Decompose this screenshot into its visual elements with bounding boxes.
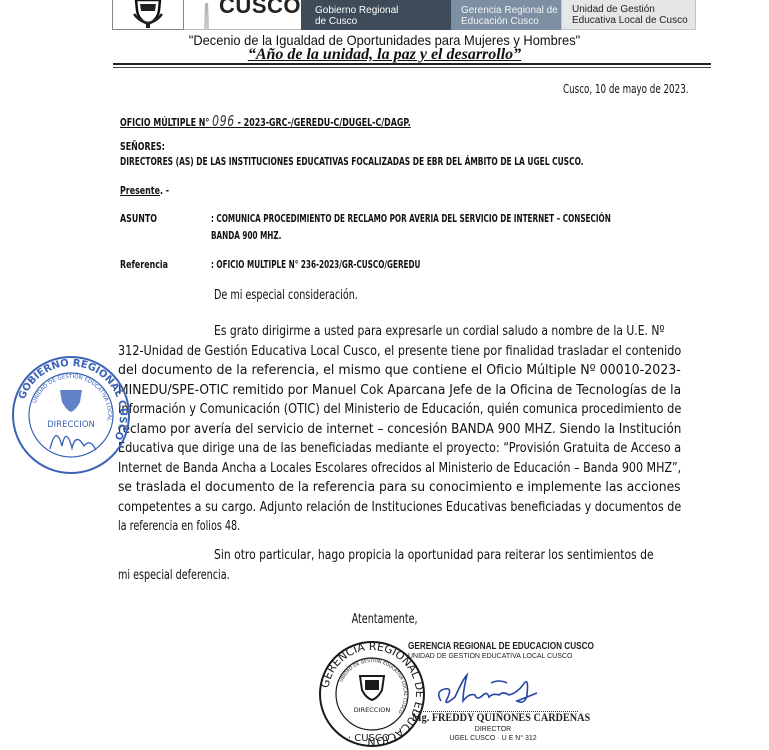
paragraph-line: Es grato dirigirme a usted para expresar… [214,322,681,342]
signer-role: DIRECTOR [408,726,578,733]
direccion-stamp-left: GOBIERNO REGIONAL CUSCO UNIDAD DE GESTIÓ… [10,354,132,476]
cusco-wordmark: CUSCO [219,0,301,17]
gobierno-regional-block: Gobierno Regional de Cusco [301,0,451,30]
paragraph-line: MINEDU/SPE-OTIC remitido por Manuel Cok … [118,381,681,401]
header-divider-thin [113,67,711,68]
monument-icon [204,3,209,29]
signature-block: GERENCIA REGIONAL DE EDUCACION CUSCO UNI… [408,641,578,660]
signature-unit: UNIDAD DE GESTION EDUCATIVA LOCAL CUSCO [408,653,578,660]
ugel-block: Unidad de Gestión Educativa Local de Cus… [561,0,696,30]
paragraph-line: reclamo por avería del servicio de inter… [118,420,681,440]
svg-text:DIRECCION: DIRECCION [354,706,391,714]
paragraph-line: Internet de Banda Ancha a Locales Escola… [118,459,681,479]
signature-institution: GERENCIA REGIONAL DE EDUCACION CUSCO [408,641,547,652]
cusco-region-logo: CUSCO [184,0,301,30]
paragraph-line: del documento de la referencia, el mismo… [118,361,681,381]
paragraph-line: Sin otro particular, hago propicia la op… [214,546,681,566]
body-paragraph-1: Es grato dirigirme a usted para expresar… [118,322,681,537]
signer-name: Mg. FREDDY QUIÑONES CARDENAS [412,710,590,725]
referencia-value: : OFICIO MULTIPLE N° 236-2023/GR-CUSCO/G… [211,258,420,271]
signer-unit: UGEL CUSCO · U E N° 312 [408,735,578,742]
paragraph-line: Información y Comunicación (OTIC) del Mi… [118,400,681,420]
year-slogan: “Año de la unidad, la paz y el desarroll… [0,46,769,64]
paragraph-line: se traslada el documento de la referenci… [118,478,681,498]
peru-coat-of-arms [112,0,184,30]
paragraph-line: 312-Unidad de Gestión Educativa Local Cu… [118,342,681,362]
closing: Atentamente, [0,612,769,627]
svg-text:· CUSCO ·: · CUSCO · [348,733,396,744]
oficio-reference: OFICIO MÚLTIPLE N° 096 - 2023-GRC-/GERED… [120,112,411,130]
presente-label: Presente. - [120,184,169,197]
document-date: Cusco, 10 de mayo de 2023. [563,81,689,96]
addressee-label: SEÑORES: [120,140,165,153]
letterhead-banner: CUSCO Gobierno Regional de Cusco Gerenci… [112,0,696,30]
svg-text:DIRECCION: DIRECCION [47,420,95,430]
handwritten-oficio-number: 096 [212,112,235,130]
gerencia-regional-block: Gerencia Regional de Educación Cusco [451,0,561,30]
paragraph-line: mi especial deferencia. [118,566,535,586]
body-paragraph-2: Sin otro particular, hago propicia la op… [118,546,681,585]
salutation: De mi especial consideración. [214,288,358,303]
paragraph-line: Educativa que dirige una de las benefici… [118,439,681,459]
paragraph-line: competentes a su cargo. Adjunto relación… [118,498,681,518]
referencia-label: Referencia [120,258,168,271]
addressee: DIRECTORES (AS) DE LAS INSTITUCIONES EDU… [120,155,584,168]
asunto-label: ASUNTO [120,212,157,225]
coat-of-arms-icon [130,0,166,28]
paragraph-line: la referencia en folios 48. [118,517,535,537]
header-divider [113,63,711,65]
asunto-value-line-2: BANDA 900 MHZ. [211,229,281,242]
handwritten-signature-icon [433,671,543,711]
asunto-value-line-1: : COMUNICA PROCEDIMIENTO DE RECLAMO POR … [211,212,611,225]
